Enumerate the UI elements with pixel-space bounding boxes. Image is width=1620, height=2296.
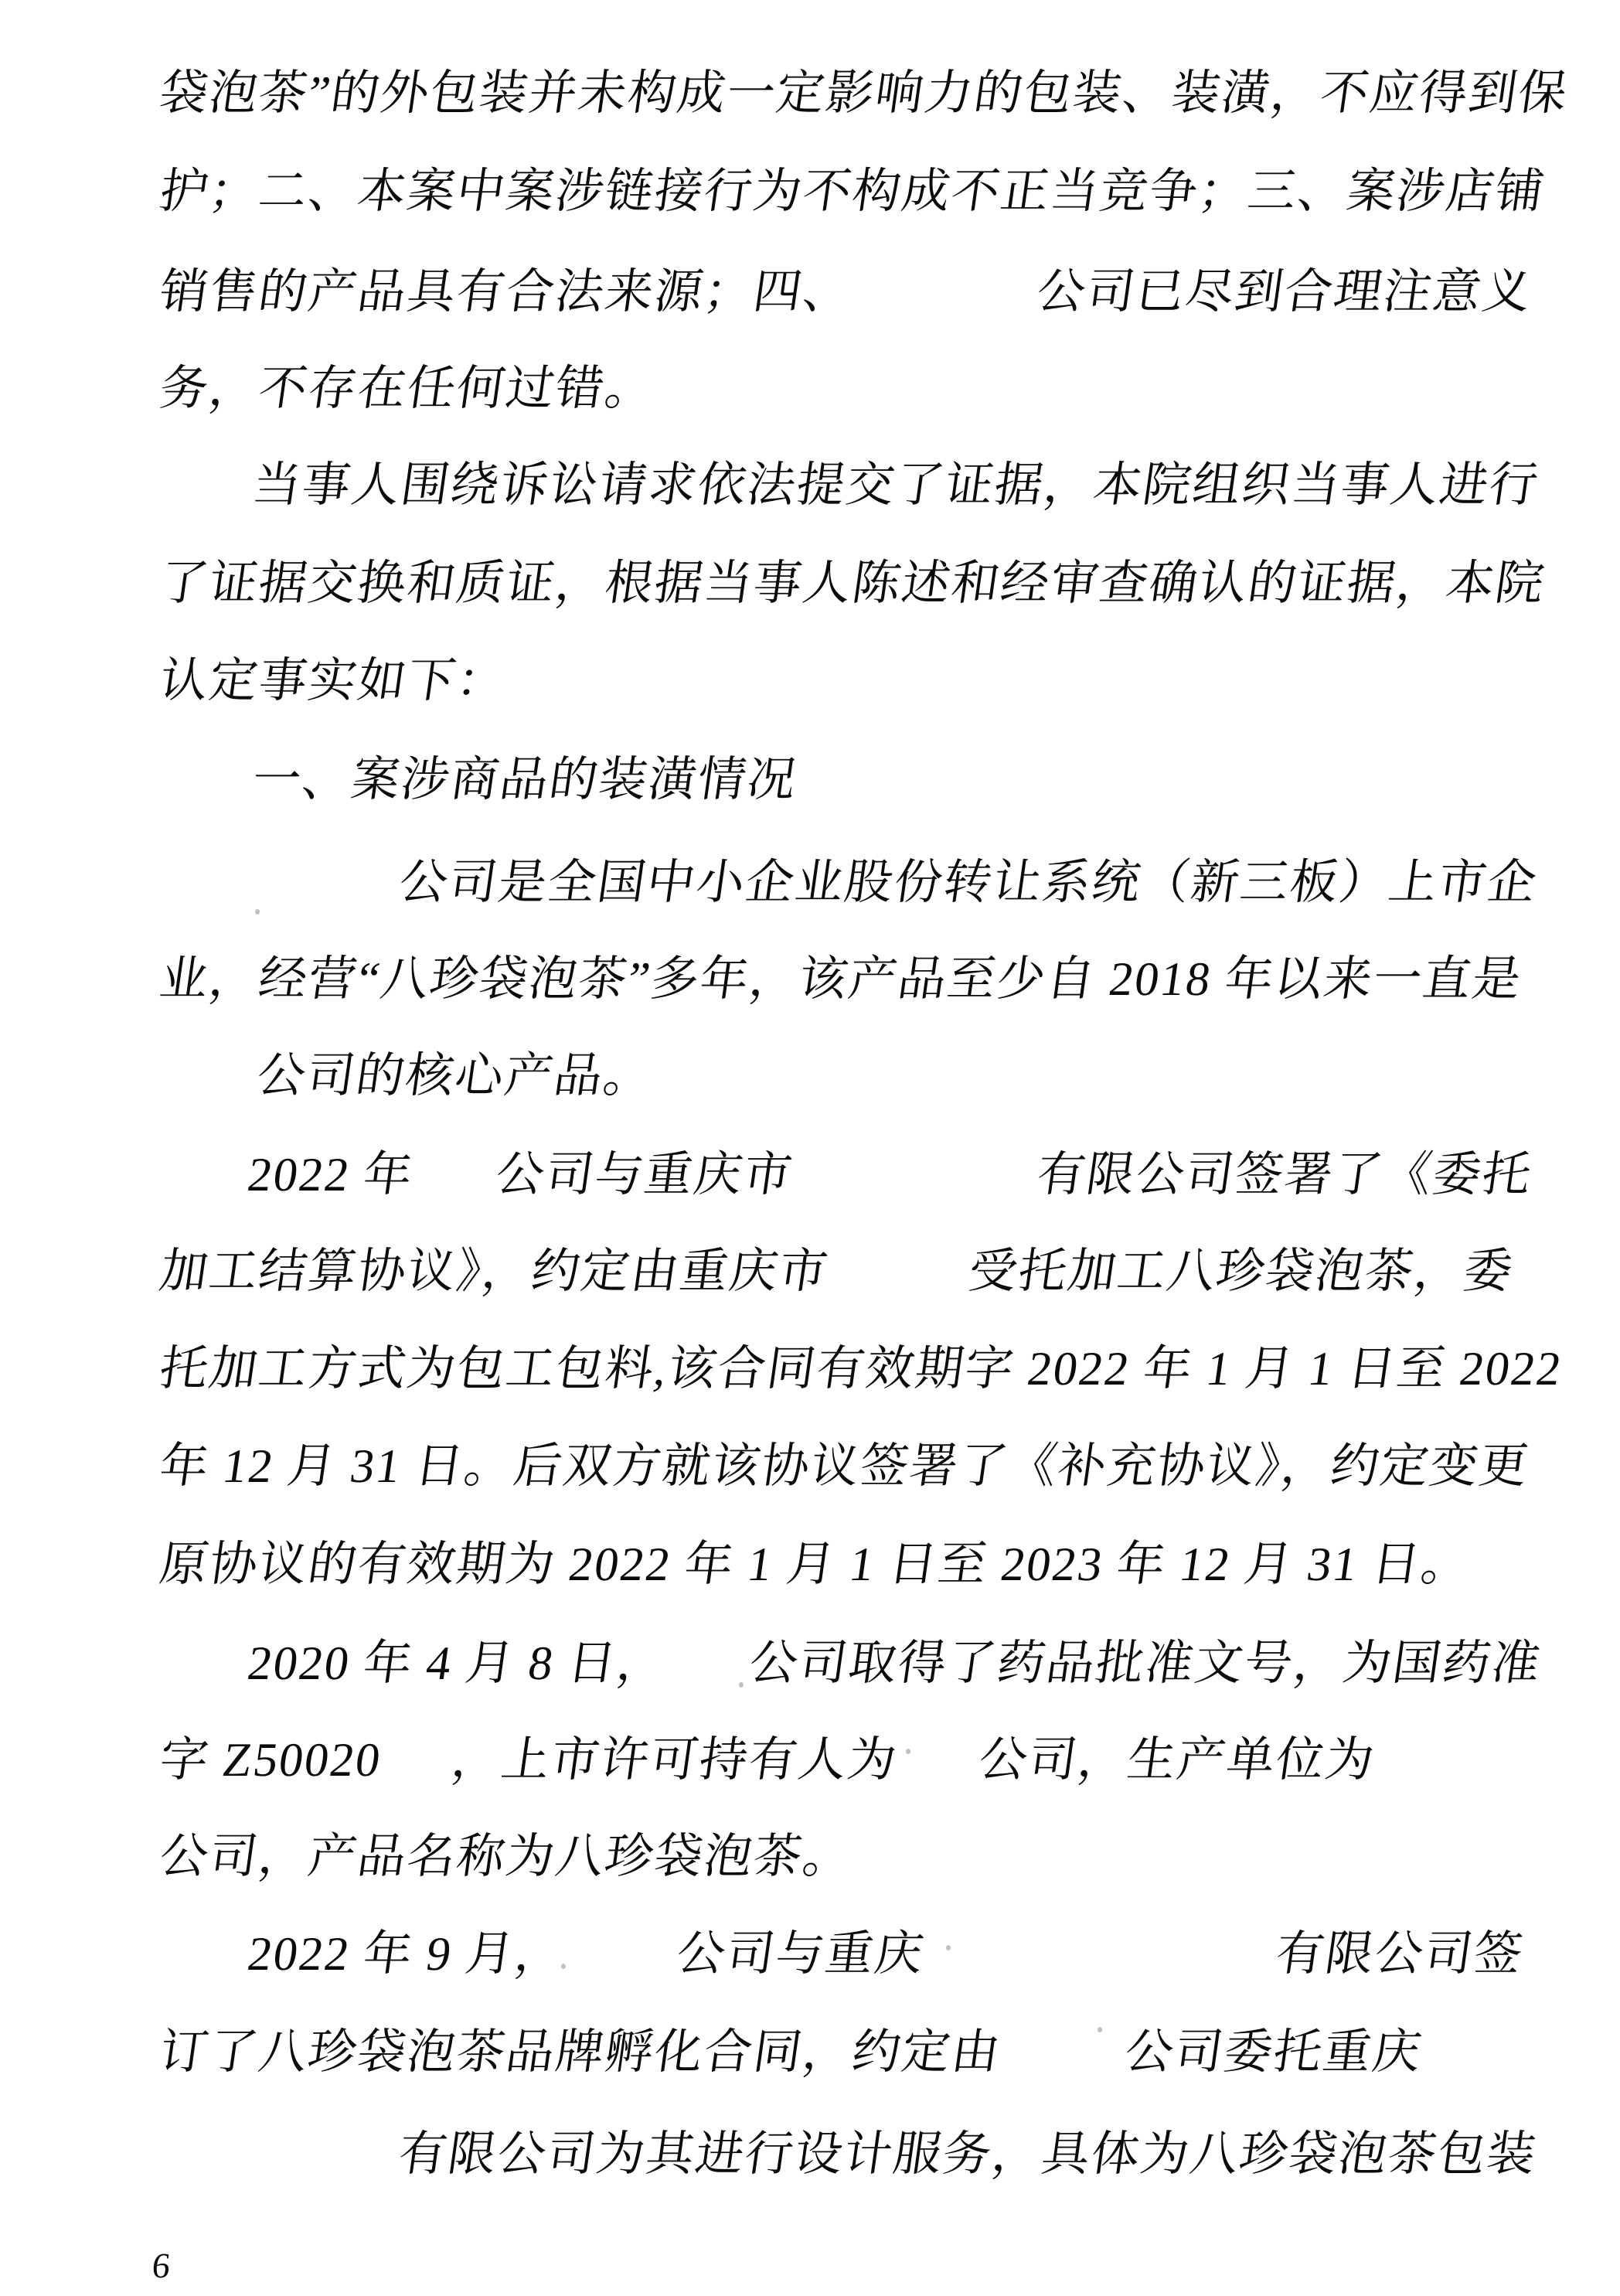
text-segment: 托加工方式为包工包料,该合同有效期字 2022 年 1 月 1 日至 2022 <box>157 1345 1566 1393</box>
text-line: 公司是全国中小企业股份转让系统（新三板）上市企 <box>0 859 1620 915</box>
text-segment: 有限公司签 <box>1273 1930 1527 1978</box>
text-line: 护；二、本案中案涉链接行为不构成不正当竞争；三、案涉店铺 <box>0 168 1620 223</box>
page-number: 6 <box>151 2248 172 2284</box>
text-segment: 公司是全国中小企业股份转让系统（新三板）上市企 <box>396 859 1541 907</box>
text-segment: 公司已尽到合理注意义 <box>1034 268 1536 316</box>
text-line: 公司的核心产品。 <box>0 1052 1620 1108</box>
text-segment: 业，经营“八珍袋泡茶”多年，该产品至少自 2018 年以来一直是 <box>157 956 1526 1003</box>
text-segment: 公司，生产单位为 <box>976 1736 1379 1784</box>
text-line: 订了八珍袋泡茶品牌孵化合同，约定由 公司委托重庆 <box>0 2029 1620 2084</box>
text-segment: 原协议的有效期为 2022 年 1 月 1 日至 2023 年 12 月 31 … <box>157 1541 1475 1589</box>
text-segment: 公司取得了药品批准文号，为国药准 <box>747 1640 1545 1688</box>
text-segment: 年 12 月 31 日。后双方就该协议签署了《补充协议》，约定变更 <box>157 1443 1533 1490</box>
text-segment: 公司与重庆市 <box>493 1151 797 1199</box>
text-segment: 有限公司签署了《委托 <box>1034 1151 1536 1199</box>
text-segment: 2022 年 <box>245 1151 417 1199</box>
text-line: 务，不存在任何过错。 <box>0 365 1620 421</box>
text-segment: 当事人围绕诉讼请求依法提交了证据，本院组织当事人进行 <box>250 462 1543 509</box>
text-segment: 公司委托重庆 <box>1122 2029 1426 2076</box>
text-line: 字 Z50020 ，上市许可持有人为 公司，生产单位为 <box>0 1736 1620 1792</box>
text-line: 有限公司为其进行设计服务，具体为八珍袋泡茶包装 <box>0 2131 1620 2186</box>
redaction-remnant-speck <box>906 1749 910 1754</box>
text-line: 原协议的有效期为 2022 年 1 月 1 日至 2023 年 12 月 31 … <box>0 1541 1620 1596</box>
text-segment: 公司的核心产品。 <box>254 1052 657 1100</box>
text-segment: 字 Z50020 <box>157 1736 385 1784</box>
text-segment: ，上市许可持有人为 <box>449 1736 901 1784</box>
text-line: 2022 年 公司与重庆市 有限公司签署了《委托 <box>0 1151 1620 1207</box>
text-segment: 销售的产品具有合法来源；四、 <box>157 268 856 316</box>
text-segment: 一、案涉商品的装潢情况 <box>250 756 801 804</box>
text-line: 2020 年 4 月 8 日， 公司取得了药品批准文号，为国药准 <box>0 1640 1620 1695</box>
text-line: 年 12 月 31 日。后双方就该协议签署了《补充协议》，约定变更 <box>0 1443 1620 1498</box>
redaction-remnant-speck <box>739 1682 744 1688</box>
text-line: 2022 年 9 月， 公司与重庆 有限公司签 <box>0 1930 1620 1986</box>
text-line: 袋泡茶”的外包装并未构成一定影响力的包装、装潢，不应得到保 <box>0 70 1620 125</box>
text-segment: 了证据交换和质证，根据当事人陈述和经审查确认的证据，本院 <box>157 560 1549 608</box>
text-segment: 2020 年 4 月 8 日， <box>245 1640 670 1688</box>
text-line: 加工结算协议》，约定由重庆市 受托加工八珍袋泡茶，委 <box>0 1248 1620 1303</box>
text-segment: 袋泡茶”的外包装并未构成一定影响力的包装、装潢，不应得到保 <box>157 70 1571 118</box>
text-segment: 认定事实如下： <box>157 657 510 705</box>
text-segment: 订了八珍袋泡茶品牌孵化合同，约定由 <box>157 2029 1005 2076</box>
text-segment: 公司，产品名称为八珍袋泡茶。 <box>157 1833 856 1881</box>
text-line: 公司，产品名称为八珍袋泡茶。 <box>0 1833 1620 1889</box>
text-segment: 公司与重庆 <box>674 1930 928 1978</box>
text-line: 一、案涉商品的装潢情况 <box>0 756 1620 812</box>
text-segment: 有限公司为其进行设计服务，具体为八珍袋泡茶包装 <box>396 2131 1540 2178</box>
text-line: 了证据交换和质证，根据当事人陈述和经审查确认的证据，本院 <box>0 560 1620 615</box>
text-line: 业，经营“八珍袋泡茶”多年，该产品至少自 2018 年以来一直是 <box>0 956 1620 1011</box>
text-line: 当事人围绕诉讼请求依法提交了证据，本院组织当事人进行 <box>0 462 1620 517</box>
text-line: 认定事实如下： <box>0 657 1620 713</box>
redaction-remnant-speck <box>561 1964 566 1969</box>
text-line: 销售的产品具有合法来源；四、 公司已尽到合理注意义 <box>0 268 1620 324</box>
text-segment: 务，不存在任何过错。 <box>157 365 659 413</box>
text-segment: 2022 年 9 月， <box>245 1930 568 1978</box>
scanned-court-document-page: 袋泡茶”的外包装并未构成一定影响力的包装、装潢，不应得到保 护；二、本案中案涉链… <box>0 0 1620 2296</box>
text-segment: 护；二、本案中案涉链接行为不构成不正当竞争；三、案涉店铺 <box>157 168 1549 216</box>
text-line: 托加工方式为包工包料,该合同有效期字 2022 年 1 月 1 日至 2022 <box>0 1345 1620 1401</box>
redaction-remnant-speck <box>946 1945 951 1950</box>
text-segment: 受托加工八珍袋泡茶，委 <box>966 1248 1517 1296</box>
redaction-remnant-speck <box>255 909 260 915</box>
text-segment: 加工结算协议》，约定由重庆市 <box>157 1248 832 1296</box>
redaction-remnant-speck <box>1098 2027 1102 2032</box>
